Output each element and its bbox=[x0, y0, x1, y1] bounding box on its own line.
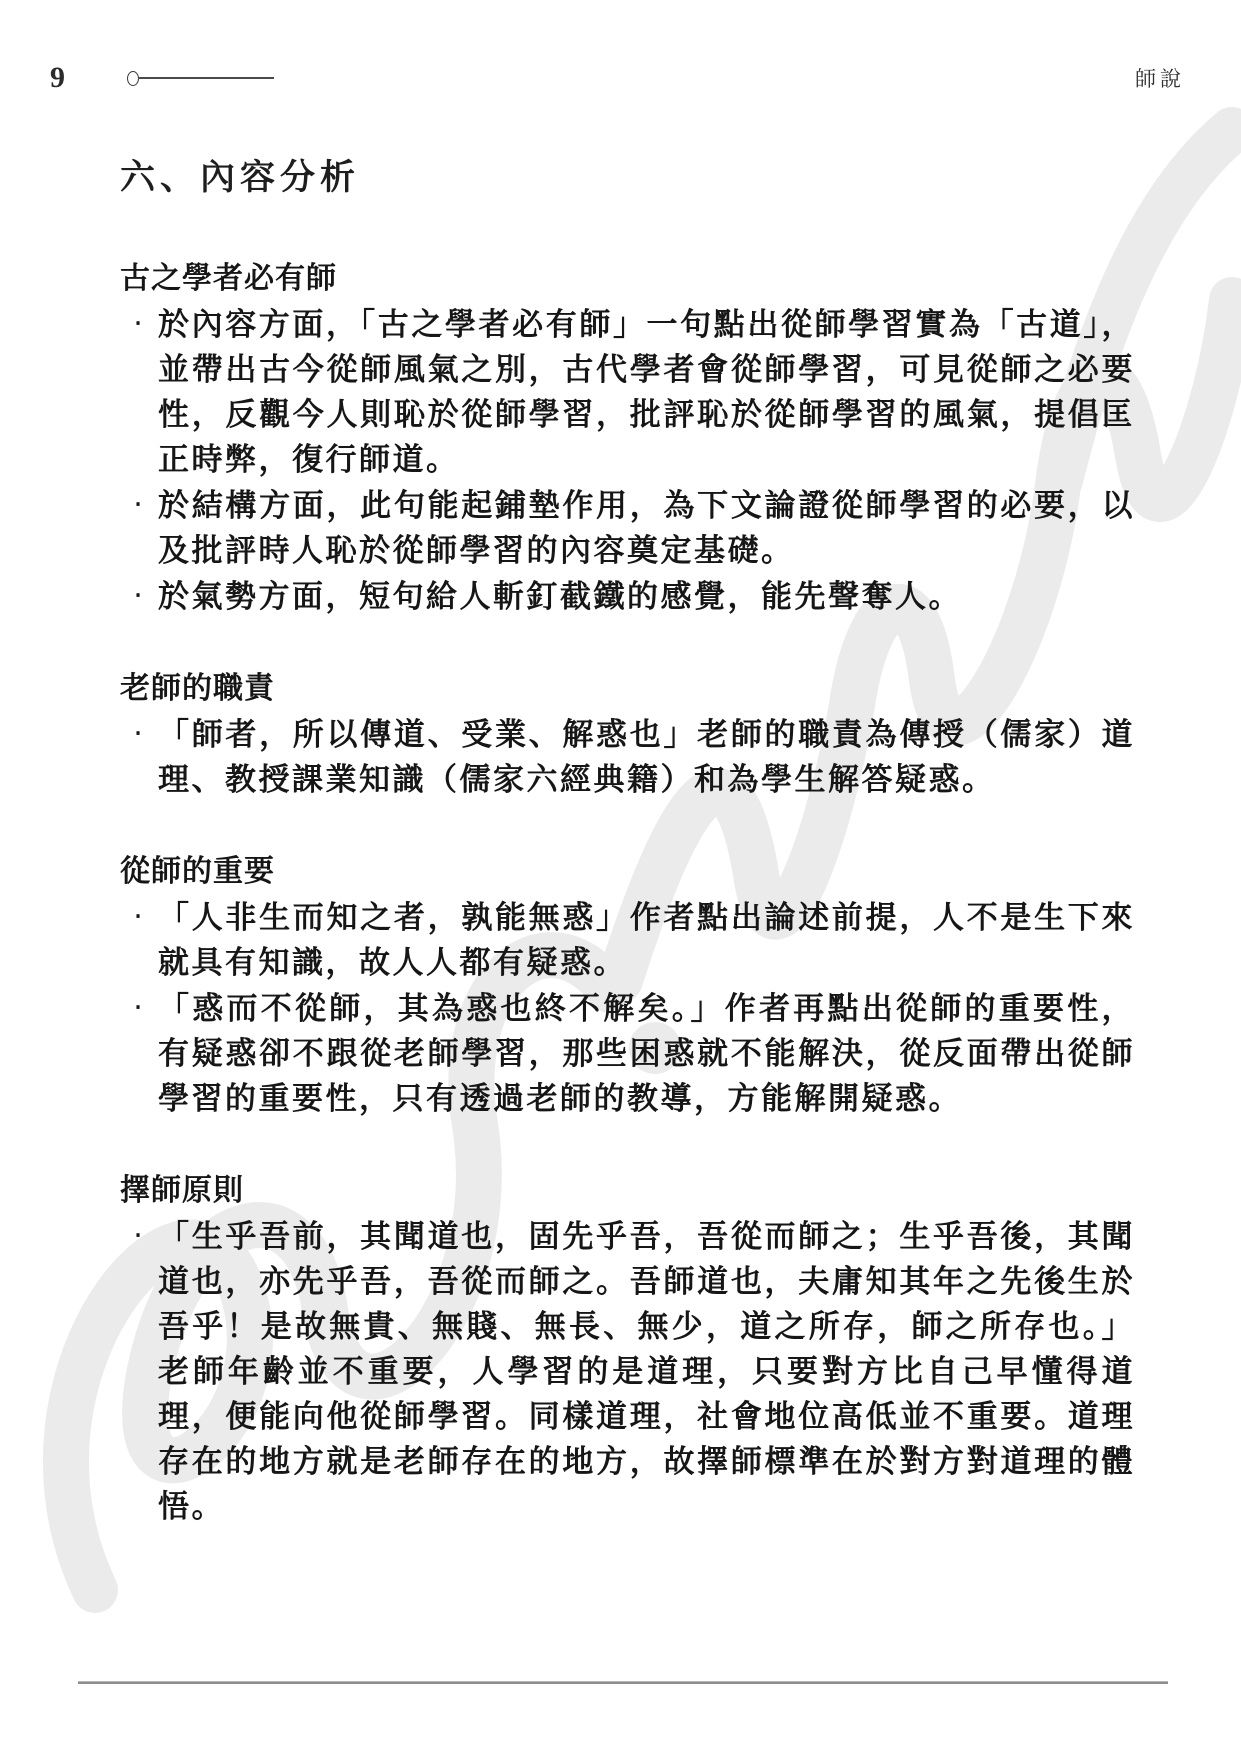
bullet-text: 於內容方面，「古之學者必有師」一句點出從師學習實為「古道」，並帶出古今從師風氣之… bbox=[158, 302, 1135, 482]
bullet-item: ‧ 於內容方面，「古之學者必有師」一句點出從師學習實為「古道」，並帶出古今從師風… bbox=[120, 302, 1135, 482]
bullet-item: ‧ 於氣勢方面，短句給人斬釘截鐵的感覺，能先聲奪人。 bbox=[120, 574, 1135, 619]
bullet-icon: ‧ bbox=[126, 1214, 150, 1259]
bullet-item: ‧ 「師者，所以傳道、受業、解惑也」老師的職責為傳授（儒家）道理、教授課業知識（… bbox=[120, 712, 1135, 802]
bullet-text: 於氣勢方面，短句給人斬釘截鐵的感覺，能先聲奪人。 bbox=[158, 574, 1135, 619]
section-heading: 擇師原則 bbox=[120, 1168, 1135, 1213]
page-number: 9 bbox=[50, 63, 65, 93]
section-lao-shi-zhi-ze: 老師的職責 ‧ 「師者，所以傳道、受業、解惑也」老師的職責為傳授（儒家）道理、教… bbox=[120, 666, 1135, 802]
bullet-text: 「人非生而知之者，孰能無惑」作者點出論述前提，人不是生下來就具有知識，故人人都有… bbox=[158, 895, 1135, 985]
bullet-icon: ‧ bbox=[126, 302, 150, 347]
page-header: 9 師說 bbox=[50, 58, 1185, 98]
section-heading: 從師的重要 bbox=[120, 849, 1135, 894]
page-content: 六、內容分析 古之學者必有師 ‧ 於內容方面，「古之學者必有師」一句點出從師學習… bbox=[0, 0, 1241, 1529]
bullet-item: ‧ 「人非生而知之者，孰能無惑」作者點出論述前提，人不是生下來就具有知識，故人人… bbox=[120, 895, 1135, 985]
bullet-text: 「師者，所以傳道、受業、解惑也」老師的職責為傳授（儒家）道理、教授課業知識（儒家… bbox=[158, 712, 1135, 802]
section-title: 六、內容分析 bbox=[120, 150, 1135, 200]
bullet-icon: ‧ bbox=[126, 712, 150, 757]
section-heading: 老師的職責 bbox=[120, 666, 1135, 711]
bullet-item: ‧ 「惑而不從師，其為惑也終不解矣。」作者再點出從師的重要性，有疑惑卻不跟從老師… bbox=[120, 986, 1135, 1121]
section-ze-shi-yuan-ze: 擇師原則 ‧ 「生乎吾前，其聞道也，固先乎吾，吾從而師之；生乎吾後，其聞道也，亦… bbox=[120, 1168, 1135, 1529]
bullet-icon: ‧ bbox=[126, 483, 150, 528]
bullet-text: 於結構方面，此句能起鋪墊作用，為下文論證從師學習的必要，以及批評時人恥於從師學習… bbox=[158, 483, 1135, 573]
bullet-text: 「惑而不從師，其為惑也終不解矣。」作者再點出從師的重要性，有疑惑卻不跟從老師學習… bbox=[158, 986, 1135, 1121]
bullet-icon: ‧ bbox=[126, 986, 150, 1031]
bullet-icon: ‧ bbox=[126, 574, 150, 619]
document-title: 師說 bbox=[1135, 63, 1185, 93]
document-page: 9 師說 六、內容分析 古之學者必有師 ‧ 於內容方面，「古之學者必有師」一句點… bbox=[0, 0, 1241, 1754]
section-gu-zhi-xue-zhe: 古之學者必有師 ‧ 於內容方面，「古之學者必有師」一句點出從師學習實為「古道」，… bbox=[120, 256, 1135, 619]
bullet-item: ‧ 於結構方面，此句能起鋪墊作用，為下文論證從師學習的必要，以及批評時人恥於從師… bbox=[120, 483, 1135, 573]
section-cong-shi-zhong-yao: 從師的重要 ‧ 「人非生而知之者，孰能無惑」作者點出論述前提，人不是生下來就具有… bbox=[120, 849, 1135, 1121]
circle-line-decoration bbox=[127, 71, 274, 86]
bullet-text: 「生乎吾前，其聞道也，固先乎吾，吾從而師之；生乎吾後，其聞道也，亦先乎吾，吾從而… bbox=[158, 1214, 1135, 1529]
bullet-item: ‧ 「生乎吾前，其聞道也，固先乎吾，吾從而師之；生乎吾後，其聞道也，亦先乎吾，吾… bbox=[120, 1214, 1135, 1529]
footer-rule bbox=[78, 1681, 1168, 1684]
bullet-icon: ‧ bbox=[126, 895, 150, 940]
header-rule-line bbox=[138, 77, 274, 79]
section-heading: 古之學者必有師 bbox=[120, 256, 1135, 301]
